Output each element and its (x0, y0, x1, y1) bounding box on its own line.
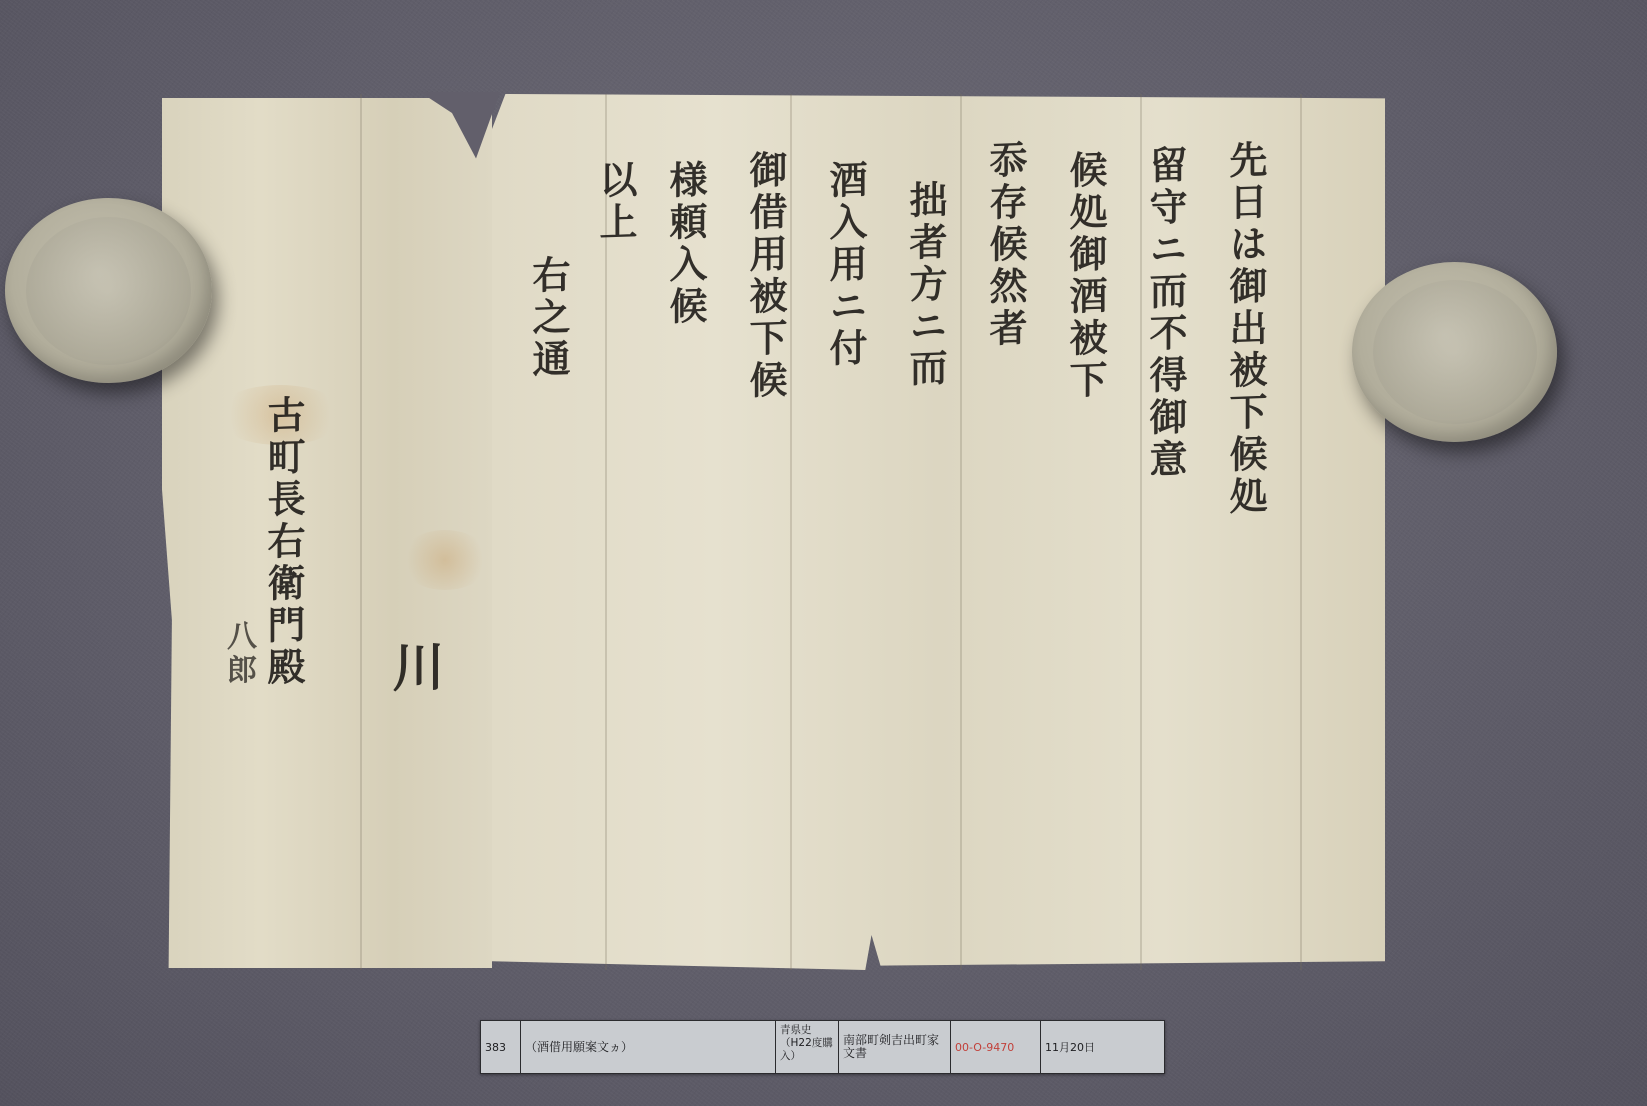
water-stain (400, 530, 490, 590)
calligraphy-column: 右之通 (525, 254, 571, 496)
calligraphy-column: 忝存候然者 (982, 139, 1028, 921)
calligraphy-column: 様頼入候 (662, 159, 708, 921)
calligraphy-column: 以上 (592, 159, 638, 921)
paperweight-left (5, 198, 212, 383)
catalog-title: （酒借用願案文ヵ） (521, 1021, 776, 1073)
calligraphy-column: 候処御酒被下 (1062, 149, 1108, 931)
catalog-source: 青県史（H22度購入） (776, 1021, 839, 1073)
calligraphy-column: 御借用被下候 (742, 149, 788, 911)
catalog-code: 00-O-9470 (951, 1021, 1041, 1073)
fold-line (790, 94, 792, 970)
calligraphy-column: 酒入用ニ付 (822, 159, 868, 921)
fold-line (360, 94, 362, 970)
calligraphy-column: 先日は御出被下候処 (1222, 139, 1268, 941)
signature-column: 八郎 (215, 619, 261, 961)
catalog-number: 383 (481, 1021, 521, 1073)
paperweight-right (1352, 262, 1557, 442)
catalog-label: 383 （酒借用願案文ヵ） 青県史（H22度購入） 南部町剣吉出町家文書 00-… (480, 1020, 1165, 1074)
calligraphy-column: 拙者方ニ而 (902, 179, 948, 941)
catalog-collection: 南部町剣吉出町家文書 (839, 1021, 951, 1073)
fold-line (960, 94, 962, 970)
catalog-date: 11月20日 (1041, 1021, 1164, 1073)
mark-column: 川 (390, 639, 436, 731)
calligraphy-column: 留守ニ而不得御意 (1142, 144, 1188, 926)
addressee-column: 古町長右衛門殿 (260, 394, 306, 966)
fold-line (1300, 94, 1302, 970)
